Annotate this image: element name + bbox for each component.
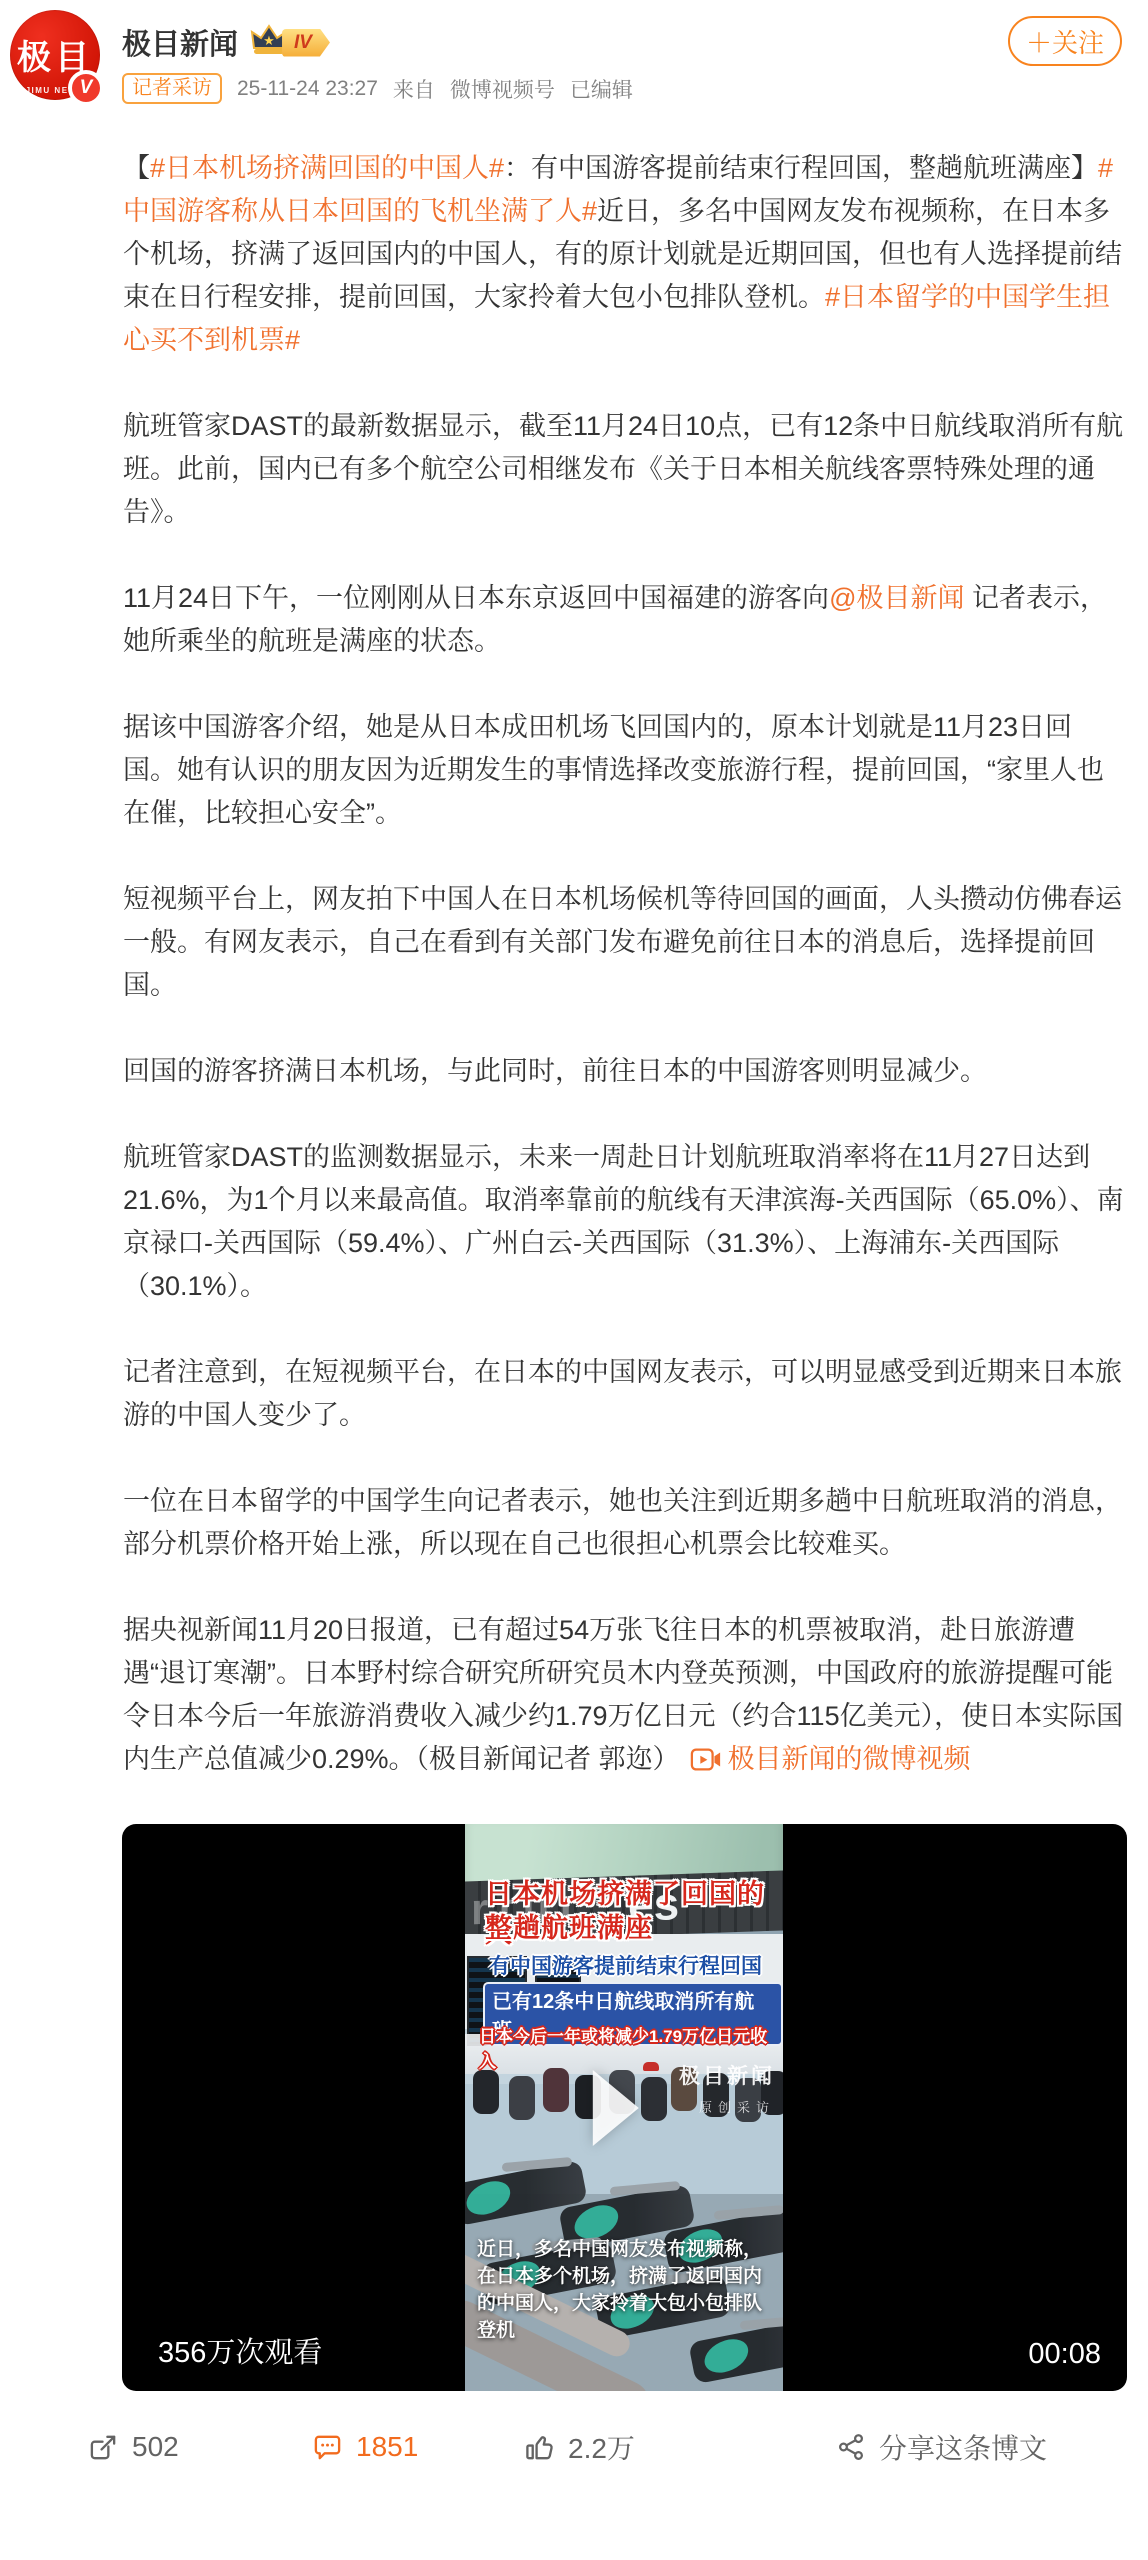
repost-button[interactable]: 502 (88, 2431, 312, 2463)
avatar[interactable]: 极目 JIMU NEWS V (10, 10, 100, 100)
views-count: 356万次观看 (158, 2330, 322, 2371)
level-badge: IV (282, 29, 330, 57)
post-paragraph: 11月24日下午，一位刚刚从日本东京返回中国福建的游客向@极目新闻 记者表示，她… (123, 577, 1125, 663)
post-paragraph: 【#日本机场挤满回国的中国人#：有中国游客提前结束行程回国，整趟航班满座】#中国… (123, 147, 1125, 362)
post-paragraph: 航班管家DAST的监测数据显示，未来一周赴日计划航班取消率将在11月27日达到2… (123, 1136, 1125, 1308)
hashtag-link[interactable]: @极目新闻 (829, 583, 964, 613)
comment-icon (312, 2432, 343, 2463)
video-duration: 00:08 (1028, 2338, 1101, 2371)
share-label: 分享这条博文 (879, 2427, 1047, 2467)
text-run: 据央视新闻11月20日报道，已有超过54万张飞往日本的机票被取消，赴日旅游遭遇“… (123, 1615, 1123, 1774)
post-paragraph: 据该中国游客介绍，她是从日本成田机场飞回国内的，原本计划就是11月23日回国。她… (123, 706, 1125, 835)
post-text: 【#日本机场挤满回国的中国人#：有中国游客提前结束行程回国，整趟航班满座】#中国… (123, 147, 1125, 1781)
hashtag-link[interactable]: #日本机场挤满回国的中国人# (150, 153, 504, 183)
post-paragraph: 航班管家DAST的最新数据显示，截至11月24日10点，已有12条中日航线取消所… (123, 405, 1125, 534)
text-run: ：有中国游客提前结束行程回国，整趟航班满座】 (504, 153, 1098, 183)
post-paragraph: 短视频平台上，网友拍下中国人在日本机场候机等待回国的画面，人头攒动仿佛春运一般。… (123, 878, 1125, 1007)
svg-text:★: ★ (263, 33, 275, 48)
like-count: 2.2万 (568, 2427, 635, 2467)
text-run: 回国的游客挤满日本机场，与此同时，前往日本的中国游客则明显减少。 (123, 1056, 987, 1086)
video-player[interactable]: rtur es 日本机场挤满了回国的人 整趟航班满座 有中国游客提前结束行程回国 (122, 1824, 1127, 2391)
comment-count: 1851 (356, 2431, 418, 2463)
text-run: 【 (123, 153, 150, 183)
post-paragraph: 一位在日本留学的中国学生向记者表示，她也关注到近期多趟中日航班取消的消息，部分机… (123, 1480, 1125, 1566)
watermark-brand: 极目新闻 (679, 2060, 775, 2090)
via-source-link[interactable]: 微博视频号 (450, 74, 555, 104)
play-icon[interactable] (592, 2070, 638, 2146)
thumbs-up-icon (524, 2432, 555, 2463)
overlay-subtitle-blue: 有中国游客提前结束行程回国 (489, 1950, 762, 1980)
comment-button[interactable]: 1851 (312, 2431, 524, 2463)
share-nodes-icon (836, 2432, 866, 2462)
edited-label: 已编辑 (570, 74, 633, 104)
overlay-title-line2: 整趟航班满座 (485, 1906, 653, 1945)
level-badge-label: IV (294, 32, 312, 54)
video-link-icon (690, 1747, 722, 1772)
via-prefix: 来自 (393, 74, 435, 104)
post-meta: 记者采访 25-11-24 23:27 来自 微博视频号 已编辑 (122, 73, 633, 104)
repost-count: 502 (132, 2431, 179, 2463)
text-run: 11月24日下午，一位刚刚从日本东京返回中国福建的游客向 (123, 583, 829, 613)
text-run: 短视频平台上，网友拍下中国人在日本机场候机等待回国的画面，人头攒动仿佛春运一般。… (123, 884, 1122, 1000)
interview-tag-badge: 记者采访 (122, 73, 222, 104)
text-run: 航班管家DAST的最新数据显示，截至11月24日10点，已有12条中日航线取消所… (123, 411, 1123, 527)
post-paragraph: 回国的游客挤满日本机场，与此同时，前往日本的中国游客则明显减少。 (123, 1050, 1125, 1093)
like-button[interactable]: 2.2万 (524, 2427, 836, 2467)
watermark-sub: 原创采访 (679, 2097, 775, 2116)
verified-v-icon: V (68, 70, 104, 106)
post-paragraph: 据央视新闻11月20日报道，已有超过54万张飞往日本的机票被取消，赴日旅游遭遇“… (123, 1609, 1125, 1781)
video-link[interactable]: 极目新闻的微博视频 (680, 1744, 971, 1774)
watermark: 极目新闻 原创采访 (679, 2060, 775, 2116)
action-bar: 502 1851 2.2万 分享这条博文 (88, 2427, 1148, 2467)
timestamp: 25-11-24 23:27 (237, 77, 378, 101)
post-paragraph: 记者注意到，在短视频平台，在日本的中国网友表示，可以明显感受到近期来日本旅游的中… (123, 1351, 1125, 1437)
text-run: 航班管家DAST的监测数据显示，未来一周赴日计划航班取消率将在11月27日达到2… (123, 1142, 1124, 1301)
weibo-post-page: 极目 JIMU NEWS V 极目新闻 ★ IV 记者采访 25-11-24 2… (0, 0, 1148, 2560)
post-header: 极目 JIMU NEWS V 极目新闻 ★ IV 记者采访 25-11-24 2… (0, 0, 1148, 110)
username[interactable]: 极目新闻 (122, 22, 238, 63)
share-button[interactable]: 分享这条博文 (836, 2427, 1047, 2467)
video-caption: 近日，多名中国网友发布视频称，在日本多个机场，挤满了返回国内的中国人，大家拎着大… (477, 2236, 775, 2344)
crowd-silhouettes (473, 2070, 499, 2114)
username-row: 极目新闻 ★ IV (122, 22, 330, 63)
text-run: 记者注意到，在短视频平台，在日本的中国网友表示，可以明显感受到近期来日本旅游的中… (123, 1357, 1122, 1430)
text-run: 据该中国游客介绍，她是从日本成田机场飞回国内的，原本计划就是11月23日回国。她… (123, 712, 1104, 828)
text-run: 一位在日本留学的中国学生向记者表示，她也关注到近期多趟中日航班取消的消息，部分机… (123, 1486, 1122, 1559)
follow-button[interactable]: ＋关注 (1008, 16, 1122, 66)
repost-icon (88, 2432, 119, 2463)
